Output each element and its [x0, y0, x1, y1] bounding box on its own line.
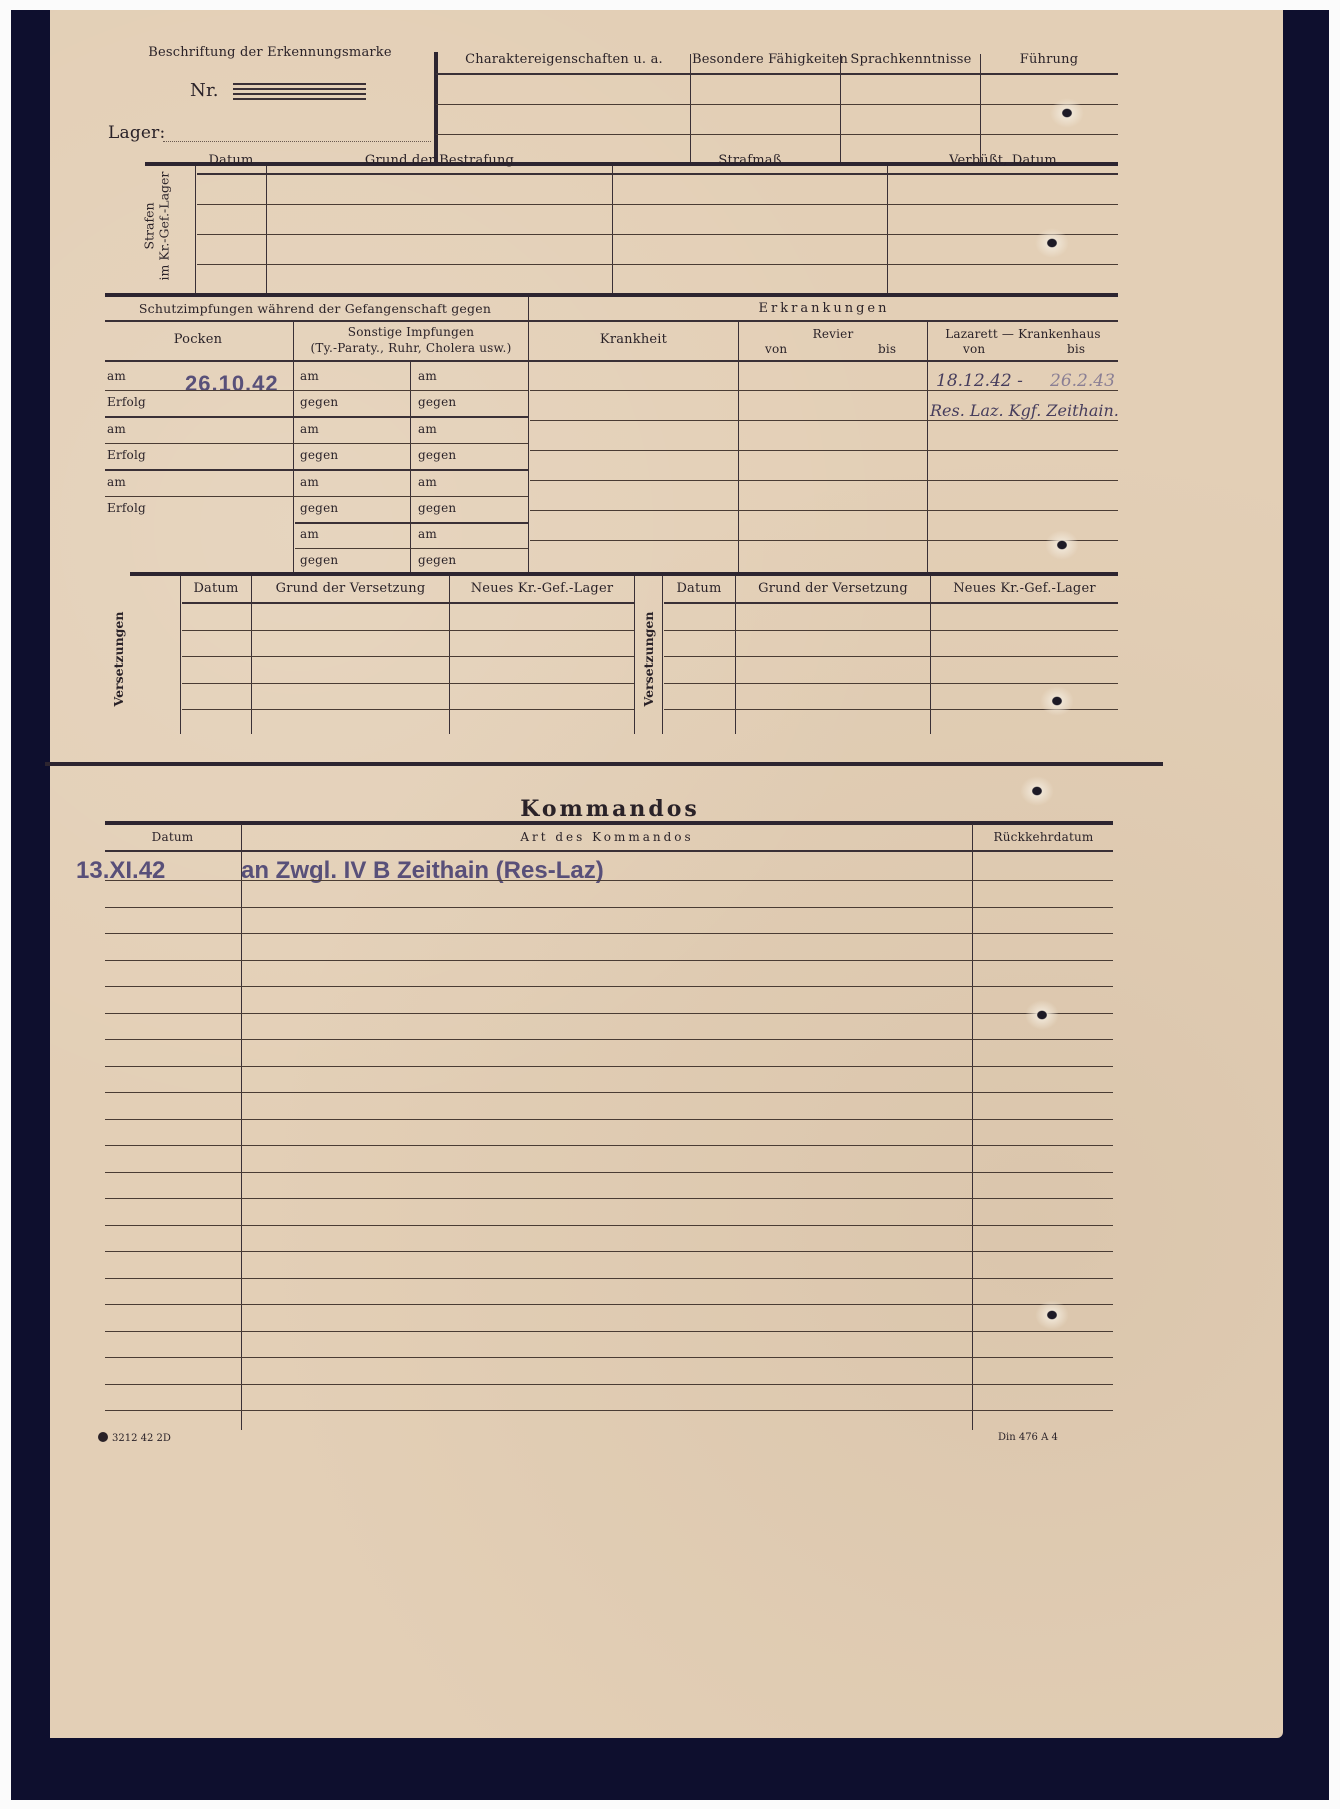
versetzung-right-col-lager: Neues Kr.-Gef.-Lager — [932, 581, 1117, 596]
strafen-label-1: Strafen — [142, 164, 157, 289]
row-line — [105, 1092, 1113, 1093]
print-code-text: 3212 42 2D — [112, 1433, 171, 1444]
pocken-am-1: am — [107, 369, 126, 383]
row-line — [105, 1331, 1113, 1332]
row-line — [105, 1278, 1113, 1279]
col-line — [634, 576, 635, 734]
row-line — [105, 880, 1113, 881]
col-line — [972, 824, 973, 1430]
sonstige-header-2: (Ty.-Paraty., Ruhr, Cholera usw.) — [295, 341, 527, 355]
sonstige-am: am — [418, 475, 437, 489]
schutzimpfungen-title: Schutzimpfungen während der Gefangenscha… — [105, 301, 525, 316]
kommandos-col-datum: Datum — [105, 830, 240, 844]
row-line — [295, 522, 528, 524]
row-line — [436, 104, 1118, 105]
row-line — [105, 1172, 1113, 1173]
row-line — [295, 548, 528, 549]
sonstige-gegen: gegen — [300, 395, 338, 409]
sonstige-gegen: gegen — [418, 448, 456, 462]
row-line — [105, 850, 1113, 852]
row-line — [182, 630, 634, 631]
col-line — [887, 166, 888, 294]
row-line — [530, 420, 1118, 421]
strafen-col-datum: Datum — [197, 153, 265, 168]
row-line — [105, 390, 528, 391]
row-line — [530, 510, 1118, 511]
col-line — [612, 166, 613, 294]
row-line — [182, 709, 634, 710]
din-format: Din 476 A 4 — [998, 1432, 1058, 1443]
row-line — [105, 1225, 1113, 1226]
revier-von: von — [765, 342, 787, 356]
row-line — [664, 683, 1118, 684]
versetzung-right-col-datum: Datum — [664, 581, 734, 596]
row-line — [664, 602, 1118, 604]
row-line — [197, 264, 1118, 265]
col-line — [449, 576, 450, 734]
row-line — [436, 73, 1118, 75]
col-line — [735, 576, 736, 734]
row-line — [530, 480, 1118, 481]
sonstige-am: am — [300, 475, 319, 489]
row-line — [105, 907, 1113, 908]
revier-bis: bis — [878, 342, 896, 356]
lazarett-bis-entry: 26.2.43 — [1050, 371, 1115, 391]
row-line — [530, 390, 1118, 391]
row-line — [105, 320, 1118, 322]
punch-hole-decoration — [1020, 776, 1054, 806]
row-line — [105, 416, 528, 418]
pocken-erfolg-3: Erfolg — [107, 501, 146, 515]
row-line — [105, 496, 528, 497]
section-divider — [130, 572, 1118, 576]
sonstige-am: am — [418, 369, 437, 383]
punch-hole-decoration — [1040, 686, 1074, 716]
punch-hole-decoration — [1035, 1300, 1069, 1330]
row-line — [197, 234, 1118, 235]
lazarett-header: Lazarett — Krankenhaus — [929, 327, 1117, 341]
kommandos-col-art: Art des Kommandos — [243, 830, 971, 844]
row-line — [105, 1357, 1113, 1358]
punch-hole-decoration — [1035, 228, 1069, 258]
row-line — [105, 1304, 1113, 1305]
col-faehigkeiten: Besondere Fähigkeiten — [692, 52, 840, 67]
row-line — [664, 656, 1118, 657]
row-line — [105, 1039, 1113, 1040]
sonstige-gegen: gegen — [418, 395, 456, 409]
row-line — [197, 204, 1118, 205]
sonstige-gegen: gegen — [418, 553, 456, 567]
erkrankungen-title: Erkrankungen — [530, 301, 1118, 316]
lazarett-von: von — [963, 342, 985, 356]
col-line — [180, 576, 181, 734]
sonstige-gegen: gegen — [300, 501, 338, 515]
strafen-side-label: Strafen im Kr.-Gef.-Lager — [142, 164, 174, 289]
row-line — [105, 1066, 1113, 1067]
col-line — [980, 54, 981, 162]
col-line — [662, 576, 663, 734]
revier-header: Revier — [740, 327, 926, 341]
strafen-col-strafmass: Strafmaß — [614, 153, 886, 168]
kommandos-col-rueckkehr: Rückkehrdatum — [974, 830, 1113, 844]
strafen-col-grund: Grund der Bestrafung — [268, 153, 611, 168]
nr-field[interactable] — [233, 83, 366, 103]
versetzung-right-col-grund: Grund der Versetzung — [737, 581, 929, 596]
col-line — [840, 54, 841, 162]
col-line — [930, 576, 931, 734]
punch-hole-decoration — [1025, 1000, 1059, 1030]
lager-field[interactable] — [163, 141, 431, 142]
sonstige-header-1: Sonstige Impfungen — [295, 325, 527, 339]
row-line — [530, 540, 1118, 541]
row-line — [105, 443, 528, 444]
kommandos-title: Kommandos — [400, 796, 820, 822]
sonstige-gegen: gegen — [300, 553, 338, 567]
record-card: Beschriftung der Erkennungsmarke Nr. Lag… — [50, 10, 1283, 1738]
col-line — [266, 166, 267, 294]
row-line — [197, 173, 1118, 175]
versetzung-left-col-grund: Grund der Versetzung — [253, 581, 448, 596]
punch-hole-decoration — [1050, 98, 1084, 128]
strafen-col-verbuesst: Verbüßt, Datum — [889, 153, 1117, 168]
col-line — [195, 166, 196, 294]
versetzungen-side-label-left: Versetzungen — [111, 599, 129, 719]
punch-hole-decoration — [1045, 530, 1079, 560]
sonstige-am: am — [300, 422, 319, 436]
lager-label: Lager: — [108, 123, 165, 143]
row-line — [182, 602, 634, 604]
col-sprachkenntnisse: Sprachkenntnisse — [842, 52, 980, 67]
row-line — [105, 1198, 1113, 1199]
pocken-header: Pocken — [105, 332, 291, 347]
erkennungsmarke-title: Beschriftung der Erkennungsmarke — [105, 45, 435, 60]
pocken-am-3: am — [107, 475, 126, 489]
sonstige-gegen: gegen — [300, 448, 338, 462]
strafen-label-2: im Kr.-Gef.-Lager — [157, 164, 172, 289]
nr-label: Nr. — [190, 80, 219, 101]
row-line — [105, 1251, 1113, 1252]
col-line — [241, 824, 242, 1430]
sonstige-am: am — [418, 527, 437, 541]
row-line — [105, 1145, 1113, 1146]
col-line — [410, 362, 411, 573]
row-line — [530, 450, 1118, 451]
col-line — [690, 54, 691, 162]
col-fuehrung: Führung — [982, 52, 1116, 67]
lazarett-bis: bis — [1067, 342, 1085, 356]
row-line — [664, 630, 1118, 631]
printer-seal-icon — [98, 1432, 108, 1442]
print-code: 3212 42 2D — [98, 1432, 171, 1444]
col-line — [528, 297, 529, 573]
lazarett-von-entry: 18.12.42 - — [936, 371, 1023, 391]
row-line — [436, 134, 1118, 135]
row-line — [105, 469, 528, 471]
krankheit-header: Krankheit — [530, 332, 737, 347]
sonstige-am: am — [418, 422, 437, 436]
pocken-date-stamp: 26.10.42 — [185, 371, 279, 397]
row-line — [105, 1384, 1113, 1385]
col-charaktereigenschaften: Charaktereigenschaften u. a. — [440, 52, 688, 67]
versetzung-left-col-lager: Neues Kr.-Gef.-Lager — [451, 581, 633, 596]
fold-divider — [45, 762, 1163, 766]
row-line — [182, 656, 634, 657]
row-line — [105, 1410, 1113, 1411]
versetzungen-side-label-right: Versetzungen — [641, 599, 659, 719]
sonstige-gegen: gegen — [418, 501, 456, 515]
lazarett-note: Res. Laz. Kgf. Zeithain. — [930, 401, 1119, 420]
row-line — [105, 986, 1113, 987]
row-line — [105, 960, 1113, 961]
section-divider — [105, 293, 1118, 297]
col-line — [251, 576, 252, 734]
row-line — [105, 1119, 1113, 1120]
pocken-erfolg-2: Erfolg — [107, 448, 146, 462]
header-divider — [434, 52, 438, 162]
row-line — [105, 1013, 1113, 1014]
row-line — [105, 360, 1118, 362]
row-line — [182, 683, 634, 684]
versetzung-left-col-datum: Datum — [182, 581, 250, 596]
sonstige-am: am — [300, 527, 319, 541]
row-line — [105, 933, 1113, 934]
pocken-erfolg-1: Erfolg — [107, 395, 146, 409]
pocken-am-2: am — [107, 422, 126, 436]
table-top-line — [105, 821, 1113, 825]
sonstige-am: am — [300, 369, 319, 383]
